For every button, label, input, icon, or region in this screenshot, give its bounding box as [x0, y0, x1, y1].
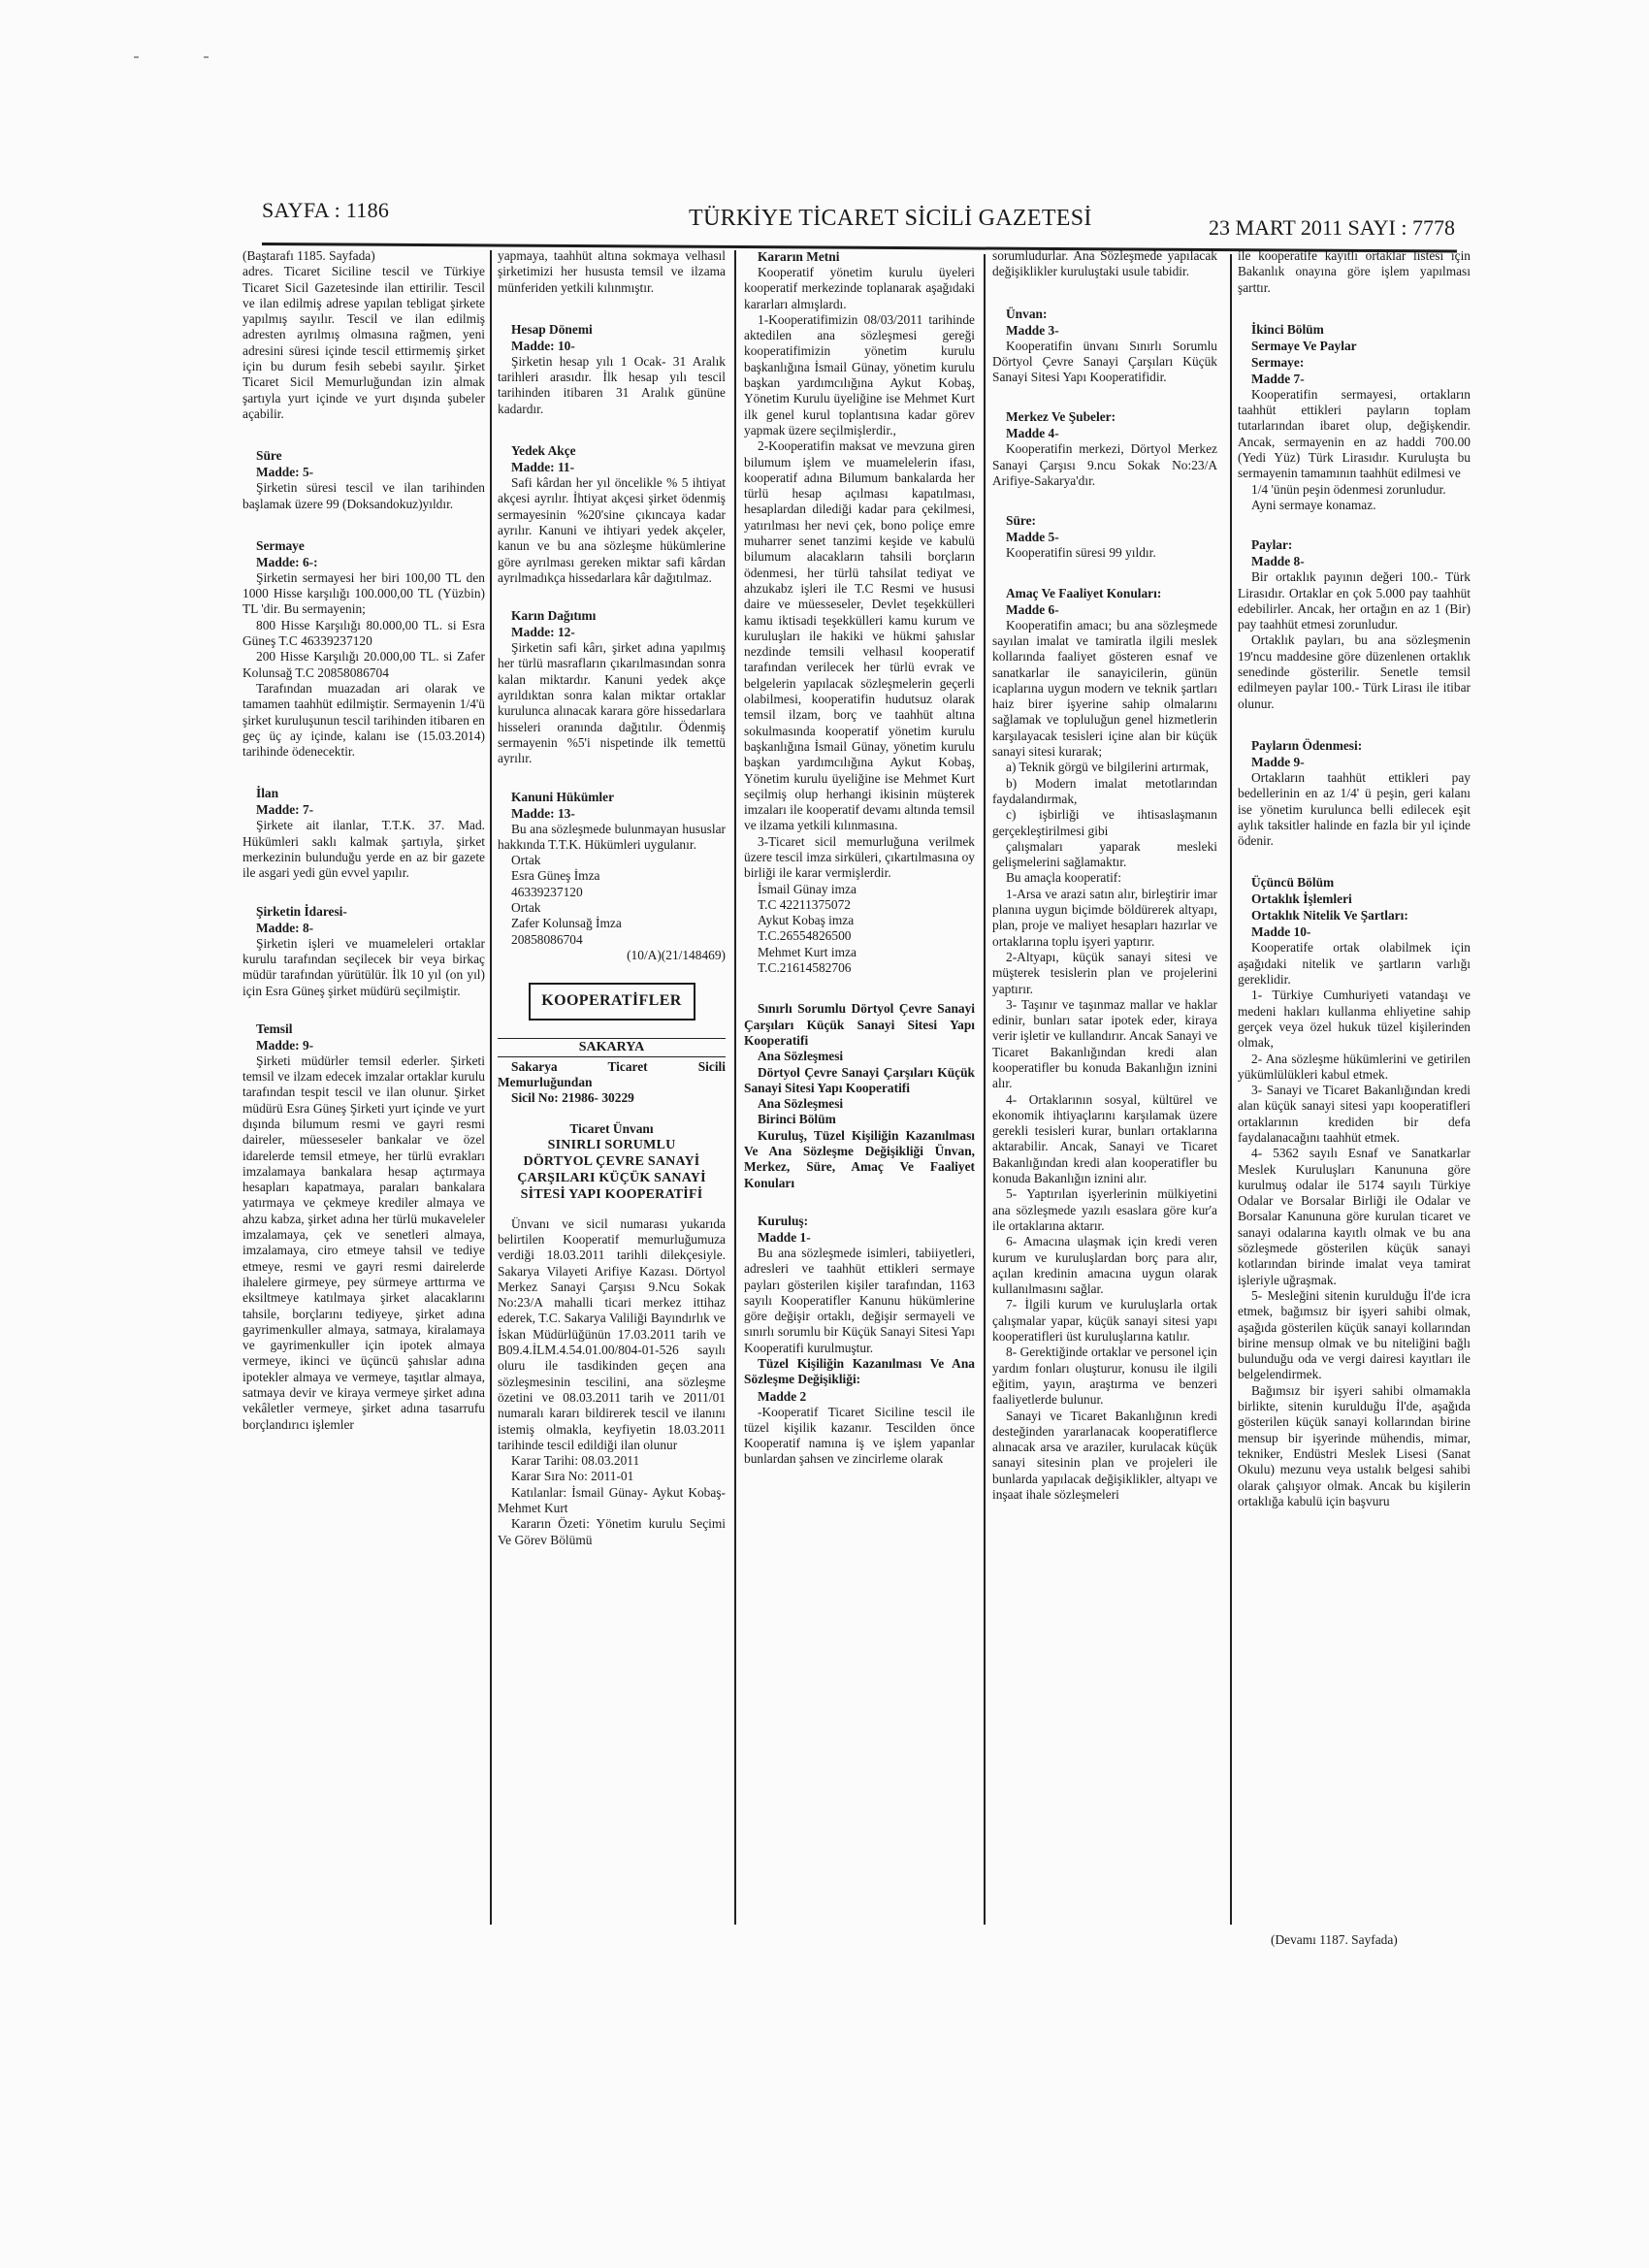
paragraph: Şirketin sermayesi her biri 100,00 TL de… [242, 570, 485, 618]
signatory-role: Ortak [498, 853, 726, 868]
article-number: Madde 5- [992, 529, 1217, 545]
paragraph: Kooperatifin sermayesi, ortakların taahh… [1238, 387, 1471, 482]
list-item: 1-Arsa ve arazi satın alır, birleştirir … [992, 887, 1217, 950]
paragraph: Sanayi ve Ticaret Bakanlığının kredi des… [992, 1409, 1217, 1504]
column-1: (Baştarafı 1185. Sayfada) adres. Ticaret… [242, 248, 485, 1433]
articles-label: Ana Sözleşmesi [744, 1049, 975, 1064]
column-divider [984, 254, 986, 1925]
section-heading: Sermaye [242, 537, 485, 554]
section-heading: Paylar: [1238, 536, 1471, 553]
trade-name-label: Ticaret Ünvanı [498, 1120, 726, 1137]
section-heading: Hesap Dönemi [498, 321, 726, 338]
paragraph: Bu ana sözleşmede isimleri, tabiiyetleri… [744, 1246, 975, 1356]
part-subheading: Sermaye Ve Paylar [1238, 338, 1471, 354]
list-item: 6- Amacına ulaşmak için kredi veren kuru… [992, 1234, 1217, 1297]
article-number: Madde 6- [992, 601, 1217, 618]
section-heading: Ortaklık Nitelik Ve Şartları: [1238, 907, 1471, 923]
section-heading: Payların Ödenmesi: [1238, 737, 1471, 754]
paragraph: Bu ana sözleşmede bulunmayan hususlar ha… [498, 822, 726, 854]
section-heading: İlan [242, 785, 485, 801]
issue-date: 23 MART 2011 SAYI : 7778 [1209, 215, 1455, 241]
section-heading: Süre [242, 447, 485, 464]
paragraph: Kooperatifin amacı; bu ana sözleşmede sa… [992, 618, 1217, 761]
list-item: b) Modern imalat metotlarından faydaland… [992, 776, 1217, 808]
section-banner-kooperatifler: KOOPERATİFLER [529, 983, 695, 1020]
article-number: Madde: 8- [242, 920, 485, 936]
part-heading: Üçüncü Bölüm [1238, 874, 1471, 891]
article-number: Madde: 7- [242, 801, 485, 818]
registry-office: Sakarya Ticaret Sicili Memurluğundan [498, 1059, 726, 1091]
decision-item: 2-Kooperatifin maksat ve mevzuna giren b… [744, 438, 975, 833]
article-number: Madde 7- [1238, 371, 1471, 387]
paragraph: Kooperatifin süresi 99 yıldır. [992, 545, 1217, 561]
signatory-id: 46339237120 [498, 885, 726, 900]
decision-number: Karar Sıra No: 2011-01 [498, 1469, 726, 1484]
list-item: 5- Yaptırılan işyerlerinin mülkiyetini a… [992, 1186, 1217, 1234]
gazette-page: SAYFA : 1186 TÜRKİYE TİCARET SİCİLİ GAZE… [0, 0, 1649, 2268]
city-heading: SAKARYA [498, 1038, 726, 1057]
list-item: 4- Ortaklarının sosyal, kültürel ve ekon… [992, 1092, 1217, 1187]
column-5: ile kooperatife kayıtlı ortaklar listesi… [1238, 248, 1471, 1509]
article-number: Madde 3- [992, 322, 1217, 339]
article-number: Madde: 10- [498, 338, 726, 354]
paragraph: sorumludurlar. Ana Sözleşmede yapılacak … [992, 248, 1217, 280]
paragraph: Bu amaçla kooperatif: [992, 870, 1217, 886]
article-number: Madde 10- [1238, 923, 1471, 940]
column-4: sorumludurlar. Ana Sözleşmede yapılacak … [992, 248, 1217, 1503]
part-heading: İkinci Bölüm [1238, 321, 1471, 338]
article-number: Madde: 5- [242, 464, 485, 480]
column-3: Kararın Metni Kooperatif yönetim kurulu … [744, 248, 975, 1468]
paragraph: adres. Ticaret Siciline tescil ve Türkiy… [242, 264, 485, 422]
paragraph: ile kooperatife kayıtlı ortaklar listesi… [1238, 248, 1471, 296]
articles-label: Ana Sözleşmesi [744, 1096, 975, 1112]
list-item: 4- 5362 sayılı Esnaf ve Sanatkarlar Mesl… [1238, 1146, 1471, 1288]
registry-number: Sicil No: 21986- 30229 [498, 1090, 726, 1106]
paragraph: Şirkete ait ilanlar, T.T.K. 37. Mad. Hük… [242, 818, 485, 881]
reference-code: (10/A)(21/148469) [498, 948, 726, 963]
signatory-name: Esra Güneş İmza [498, 868, 726, 884]
part-subheading: Kuruluş, Tüzel Kişiliğin Kazanılması Ve … [744, 1128, 975, 1191]
paragraph: Ortaklık payları, bu ana sözleşmenin 19'… [1238, 632, 1471, 711]
column-divider [490, 250, 492, 1925]
signatory-id: T.C.21614582706 [744, 960, 975, 976]
signatory-role: Ortak [498, 900, 726, 916]
paragraph: Kooperatife ortak olabilmek için aşağıda… [1238, 940, 1471, 988]
page-header: SAYFA : 1186 TÜRKİYE TİCARET SİCİLİ GAZE… [262, 194, 1455, 239]
section-heading: Tüzel Kişiliğin Kazanılması Ve Ana Sözle… [744, 1356, 975, 1388]
list-item: 3- Sanayi ve Ticaret Bakanlığından kredi… [1238, 1083, 1471, 1146]
list-item: Bağımsız bir işyeri sahibi olmamakla bir… [1238, 1383, 1471, 1509]
section-heading: Yedek Akçe [498, 442, 726, 459]
paragraph: yapmaya, taahhüt altına sokmaya velhasıl… [498, 248, 726, 296]
part-heading: Birinci Bölüm [744, 1112, 975, 1127]
paragraph: Ünvanı ve sicil numarası yukarıda belirt… [498, 1216, 726, 1453]
paragraph: Safi kârdan her yıl öncelikle % 5 ihtiya… [498, 475, 726, 586]
list-item: 8- Gerektiğinde ortaklar ve personel içi… [992, 1345, 1217, 1408]
signatory-id: T.C 42211375072 [744, 897, 975, 913]
column-divider [734, 250, 736, 1925]
decision-item: 1-Kooperatifimizin 08/03/2011 tarihinde … [744, 312, 975, 438]
paragraph: Şirketin süresi tescil ve ilan tarihinde… [242, 480, 485, 512]
column-2: yapmaya, taahhüt altına sokmaya velhasıl… [498, 248, 726, 1548]
section-heading: Kuruluş: [744, 1213, 975, 1229]
section-heading: Kararın Metni [744, 248, 975, 265]
paragraph: Ayni sermaye konamaz. [1238, 498, 1471, 513]
list-item: 1- Türkiye Cumhuriyeti vatandaşı ve mede… [1238, 988, 1471, 1051]
paragraph: Şirketin safi kârı, şirket adına yapılmı… [498, 640, 726, 766]
signatory-name: Mehmet Kurt imza [744, 945, 975, 960]
continued-from: (Baştarafı 1185. Sayfada) [242, 248, 485, 264]
article-number: Madde: 12- [498, 624, 726, 640]
section-heading: Merkez Ve Şubeler: [992, 408, 1217, 425]
continued-on: (Devamı 1187. Sayfada) [1271, 1932, 1398, 1948]
participants: Katılanlar: İsmail Günay- Aykut Kobaş- M… [498, 1485, 726, 1517]
decision-summary: Kararın Özeti: Yönetim kurulu Seçimi Ve … [498, 1516, 726, 1548]
section-heading: Kanuni Hükümler [498, 789, 726, 805]
paragraph: Kooperatif yönetim kurulu üyeleri kooper… [744, 265, 975, 312]
list-item: 5- Mesleğini sitenin kurulduğu İl'de icr… [1238, 1288, 1471, 1383]
article-number: Madde 2 [744, 1388, 975, 1405]
page-number: SAYFA : 1186 [262, 198, 389, 223]
section-heading: Süre: [992, 512, 1217, 529]
paragraph: Ortakların taahhüt ettikleri pay bedelle… [1238, 770, 1471, 849]
scan-artifacts [134, 50, 250, 62]
list-item: 2- Ana sözleşme hükümlerini ve getirilen… [1238, 1052, 1471, 1084]
newspaper-title: TÜRKİYE TİCARET SİCİLİ GAZETESİ [689, 206, 1092, 232]
share-allocation: 800 Hisse Karşılığı 80.000,00 TL. si Esr… [242, 618, 485, 650]
article-number: Madde 9- [1238, 754, 1471, 770]
article-number: Madde: 6-: [242, 554, 485, 570]
signatory-name: İsmail Günay imza [744, 882, 975, 897]
signatory-name: Aykut Kobaş imza [744, 913, 975, 928]
share-allocation: 200 Hisse Karşılığı 20.000,00 TL. si Zaf… [242, 649, 485, 681]
paragraph: Tarafından muazadan ari olarak ve tamame… [242, 681, 485, 760]
paragraph: Şirketin işleri ve muameleleri ortaklar … [242, 936, 485, 999]
list-item: c) işbirliği ve ihtisaslaşmanın gerçekle… [992, 807, 1217, 839]
section-heading: Şirketin İdaresi- [242, 903, 485, 920]
paragraph: Kooperatifin ünvanı Sınırlı Sorumlu Dört… [992, 339, 1217, 386]
paragraph: Şirketin hesap yılı 1 Ocak- 31 Aralık ta… [498, 354, 726, 417]
part-subheading: Ortaklık İşlemleri [1238, 891, 1471, 907]
paragraph: Bir ortaklık payının değeri 100.- Türk L… [1238, 569, 1471, 632]
list-item: 7- İlgili kurum ve kuruluşlarla ortak ça… [992, 1297, 1217, 1345]
article-number: Madde: 9- [242, 1037, 485, 1053]
section-heading: Karın Dağıtımı [498, 607, 726, 624]
list-item: 3- Taşınır ve taşınmaz mallar ve haklar … [992, 997, 1217, 1092]
cooperative-title: Sınırlı Sorumlu Dörtyol Çevre Sanayi Çar… [744, 1001, 975, 1049]
paragraph: Şirketi müdürler temsil ederler. Şirketi… [242, 1053, 485, 1433]
signatory-name: Zafer Kolunsağ İmza [498, 916, 726, 931]
list-item: çalışmaları yaparak mesleki gelişmelerin… [992, 839, 1217, 871]
decision-item: 3-Ticaret sicil memurluğuna verilmek üze… [744, 834, 975, 882]
decision-date: Karar Tarihi: 08.03.2011 [498, 1453, 726, 1469]
section-heading: Temsil [242, 1021, 485, 1037]
section-heading: Amaç Ve Faaliyet Konuları: [992, 585, 1217, 601]
section-heading: Sermaye: [1238, 354, 1471, 371]
paragraph: -Kooperatif Ticaret Siciline tescil ile … [744, 1405, 975, 1468]
list-item: a) Teknik görgü ve bilgilerini artırmak, [992, 760, 1217, 775]
article-number: Madde 1- [744, 1229, 975, 1246]
company-title-block: Ticaret Ünvanı SINIRLI SORUMLU DÖRTYOL Ç… [498, 1120, 726, 1203]
signatory-id: T.C.26554826500 [744, 928, 975, 944]
company-name-line: ÇARŞILARI KÜÇÜK SANAYİ [498, 1170, 726, 1186]
signatory-id: 20858086704 [498, 932, 726, 948]
article-number: Madde: 13- [498, 805, 726, 822]
article-number: Madde 8- [1238, 553, 1471, 569]
column-divider [1230, 254, 1232, 1925]
cooperative-title: Dörtyol Çevre Sanayi Çarşıları Küçük San… [744, 1065, 975, 1097]
paragraph: Kooperatifin merkezi, Dörtyol Merkez San… [992, 441, 1217, 489]
list-item: 2-Altyapı, küçük sanayi sitesi ve müşter… [992, 950, 1217, 997]
company-name-line: DÖRTYOL ÇEVRE SANAYİ [498, 1153, 726, 1170]
paragraph: 1/4 'ünün peşin ödenmesi zorunludur. [1238, 482, 1471, 498]
company-name-line: SINIRLI SORUMLU [498, 1137, 726, 1153]
section-heading: Ünvan: [992, 306, 1217, 322]
company-name-line: SİTESİ YAPI KOOPERATİFİ [498, 1186, 726, 1203]
article-number: Madde 4- [992, 425, 1217, 441]
article-number: Madde: 11- [498, 459, 726, 475]
